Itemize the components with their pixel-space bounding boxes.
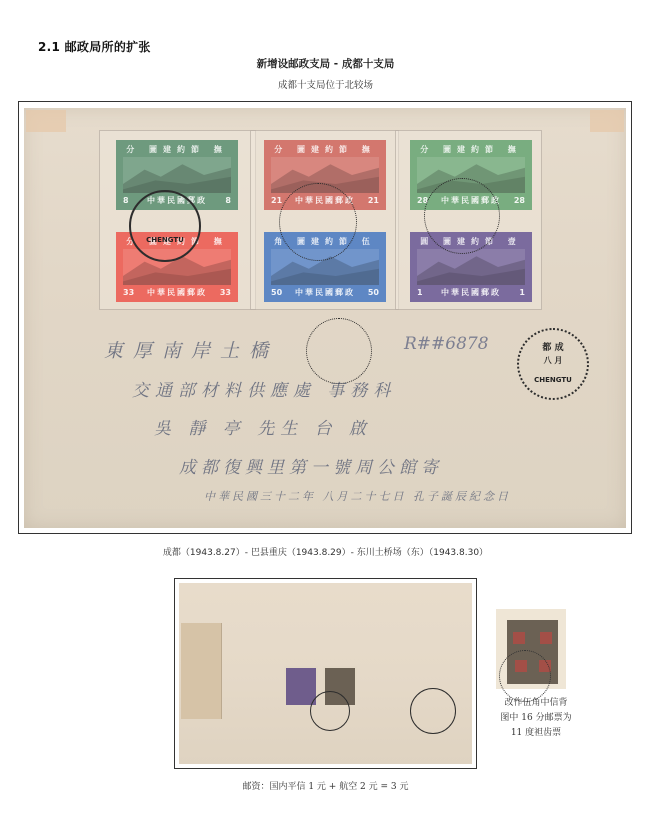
stamp-country-inscription: 中華民國郵政 [441,286,501,299]
stamp-denomination: 21 [271,194,282,207]
stamp-bottom-inscription: 33中華民國郵政33 [119,286,235,299]
tape-mark [590,110,624,132]
stamp-denomination: 33 [220,286,231,299]
postmark-chengdu-1: CHENGTU [129,190,201,262]
stamp-top-inscription: 分 圖建約節 撫 [119,143,235,156]
stamp-scene-illustration [417,249,525,285]
address-line-2: 交通部材料供應處 事務科 [132,376,396,401]
stamp-denomination: 1 [519,286,525,299]
postmark-chongqing [306,318,372,384]
postmark-arrival [410,688,456,734]
tape-mark [26,110,66,132]
stamp-country-inscription: 中華民國郵政 [147,286,207,299]
stamp-denomination: 50 [271,286,282,299]
postmark-chengdu [310,691,350,731]
address-line-1: 東厚南岸土橋 [104,336,278,363]
surcharge-overprint [540,632,552,644]
postmark-partial [499,650,551,702]
stamp-denomination: 33 [123,286,134,299]
address-line-3: 吳 靜 亭 先生 台 啟 [154,414,372,439]
stamp-bottom-inscription: 50中華民國郵政50 [267,286,383,299]
address-line-4: 成都復興里第一號周公館寄 [179,453,443,478]
registration-number: R##6878 [404,334,489,354]
exhibit-subcaption: 成都十支局位于北较场 [0,77,651,91]
address-line-5: 中華民國三十二年 八月二十七日 孔子誕辰紀念日 [204,488,511,504]
surcharge-overprint [513,632,525,644]
stamp-country-inscription: 中華民國郵政 [295,286,355,299]
detail-surcharge-stamp [507,620,558,684]
stamp-denomination: 50 [368,286,379,299]
stamp-scene-illustration [123,157,231,193]
stamp-top-inscription: 分 圖建約節 撫 [413,143,529,156]
stamp-denomination: 8 [225,194,231,207]
main-cover-caption: 成都（1943.8.27）- 巴县重庆（1943.8.29）- 东川土桥场（东）… [0,545,651,558]
stamp-denomination: 28 [514,194,525,207]
exhibit-subtitle: 新增设邮政支局 - 成都十支局 [0,56,651,71]
section-title: 2.1 邮政局所的扩张 [38,38,151,55]
detail-caption: 改作伍角中信背 图中 16 分邮票为 11 度袒齿票 [486,696,586,741]
postmark-chengdu-2 [279,183,357,261]
stamp-bottom-inscription: 1中華民國郵政1 [413,286,529,299]
postmark-chengdu-3 [424,178,500,254]
main-cover-image: 分 圖建約節 撫8中華民國郵政8分 圖建約節 撫21中華民國郵政21分 圖建約節… [24,108,626,528]
stamp-top-inscription: 分 圖建約節 撫 [267,143,383,156]
second-cover-image [179,583,472,764]
stamp-denomination: 8 [123,194,129,207]
stamp-denomination: 1 [417,286,423,299]
postage-caption: 邮资：国内平信 1 元 + 航空 2 元 = 3 元 [0,779,651,792]
postmark-chengtu-right: 都 成 八 月 CHENGTU [517,328,589,400]
stamp-denomination: 21 [368,194,379,207]
cover-side-flap [181,623,222,719]
